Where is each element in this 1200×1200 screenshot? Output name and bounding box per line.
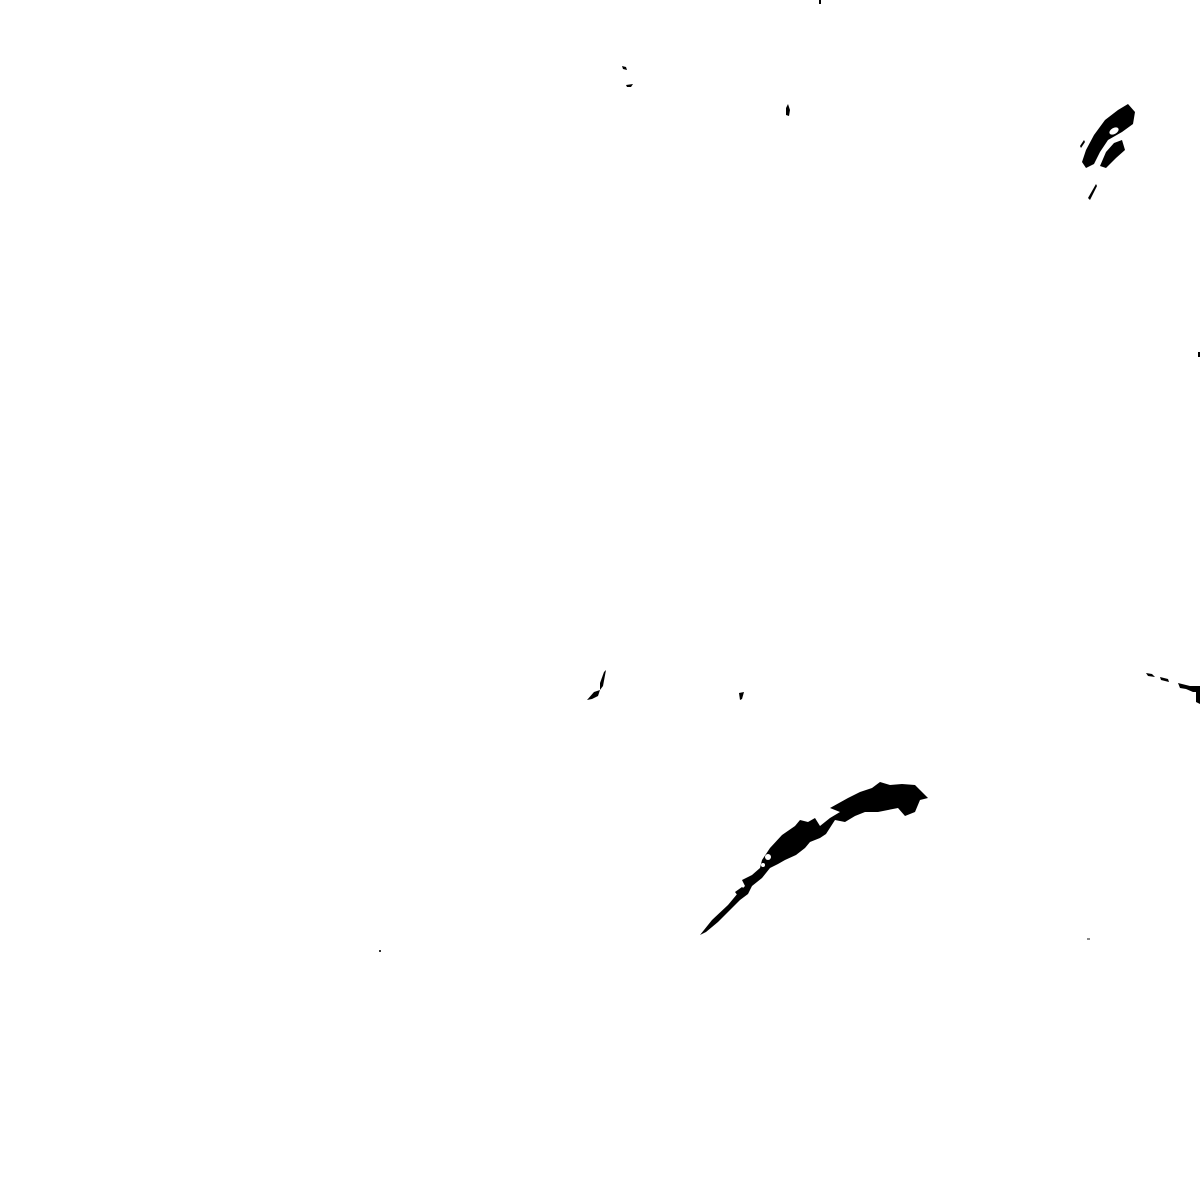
top-edge-tick [819, 0, 821, 4]
lower-left-speck [379, 950, 381, 952]
lower-right-speck [1087, 938, 1090, 940]
background [0, 0, 1200, 1200]
ink-canvas [0, 0, 1200, 1200]
